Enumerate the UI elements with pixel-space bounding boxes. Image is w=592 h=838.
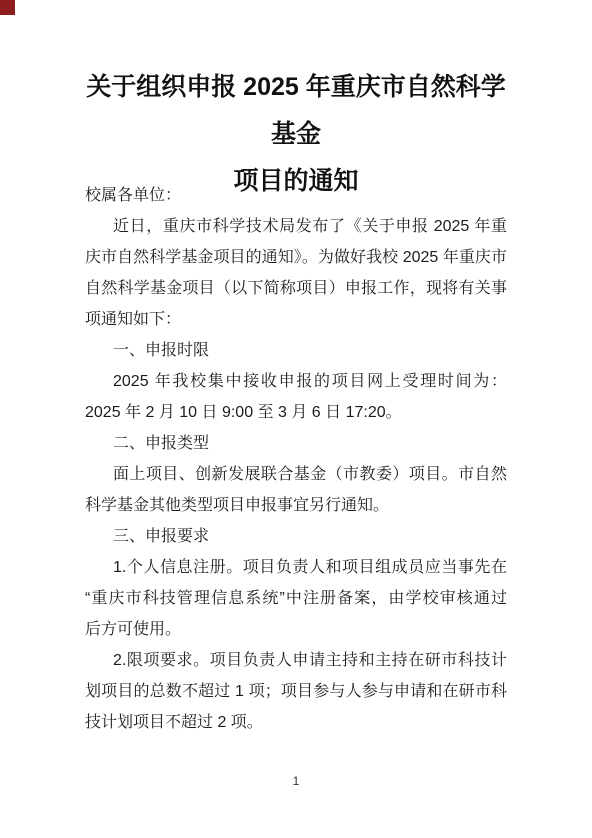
body-line: 自然科学基金项目（以下简称项目）申报工作，现将有关事 bbox=[85, 273, 507, 304]
body-line: 科学基金其他类型项目申报事宜另行通知。 bbox=[85, 490, 507, 521]
body-line: 面上项目、创新发展联合基金（市教委）项目。市自然 bbox=[85, 459, 507, 490]
corner-marker bbox=[0, 0, 15, 15]
body-line: 一、申报时限 bbox=[85, 335, 507, 366]
body-line: 校属各单位： bbox=[85, 180, 507, 211]
body-line: 近日，重庆市科学技术局发布了《关于申报 2025 年重 bbox=[85, 211, 507, 242]
body-line: 划项目的总数不超过 1 项；项目参与人参与申请和在研市科 bbox=[85, 676, 507, 707]
body-line: “重庆市科技管理信息系统”中注册备案，由学校审核通过 bbox=[85, 583, 507, 614]
body-line: 2.限项要求。项目负责人申请主持和主持在研市科技计 bbox=[85, 645, 507, 676]
body-line: 庆市自然科学基金项目的通知》。为做好我校 2025 年重庆市 bbox=[85, 242, 507, 273]
body-line: 2025 年 2 月 10 日 9:00 至 3 月 6 日 17:20。 bbox=[85, 397, 507, 428]
page-number: 1 bbox=[0, 773, 592, 789]
document-body: 校属各单位：近日，重庆市科学技术局发布了《关于申报 2025 年重庆市自然科学基… bbox=[85, 180, 507, 738]
document-page: 关于组织申报 2025 年重庆市自然科学基金 项目的通知 校属各单位：近日，重庆… bbox=[0, 0, 592, 838]
body-line: 后方可使用。 bbox=[85, 614, 507, 645]
body-line: 三、申报要求 bbox=[85, 521, 507, 552]
body-line: 二、申报类型 bbox=[85, 428, 507, 459]
body-line: 技计划项目不超过 2 项。 bbox=[85, 707, 507, 738]
document-title-line-1: 关于组织申报 2025 年重庆市自然科学基金 bbox=[85, 64, 507, 158]
body-line: 项通知如下： bbox=[85, 304, 507, 335]
body-line: 2025 年我校集中接收申报的项目网上受理时间为： bbox=[85, 366, 507, 397]
body-line: 1.个人信息注册。项目负责人和项目组成员应当事先在 bbox=[85, 552, 507, 583]
